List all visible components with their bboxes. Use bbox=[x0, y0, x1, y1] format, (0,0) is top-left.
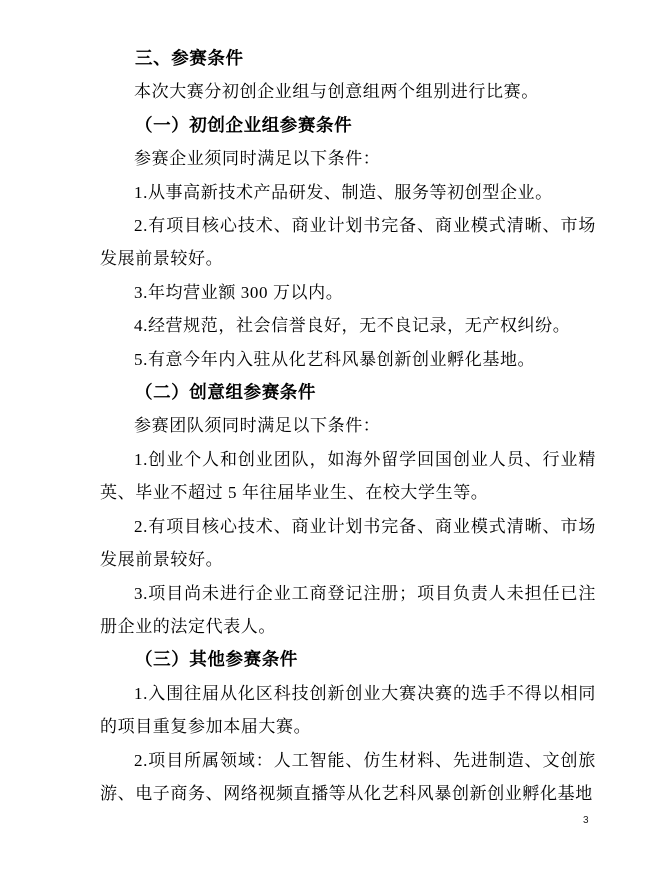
paragraph: 3.年均营业额 300 万以内。 bbox=[100, 276, 596, 309]
paragraph: 本次大赛分初创企业组与创意组两个组别进行比赛。 bbox=[100, 75, 596, 108]
paragraph: 2.项目所属领域：人工智能、仿生材料、先进制造、文创旅游、电子商务、网络视频直播… bbox=[100, 744, 596, 811]
document-body: 三、参赛条件本次大赛分初创企业组与创意组两个组别进行比赛。（一）初创企业组参赛条… bbox=[100, 42, 596, 810]
paragraph: 2.有项目核心技术、商业计划书完备、商业模式清晰、市场发展前景较好。 bbox=[100, 209, 596, 276]
section-heading: （一）初创企业组参赛条件 bbox=[100, 109, 596, 142]
paragraph: 1.入围往届从化区科技创新创业大赛决赛的选手不得以相同的项目重复参加本届大赛。 bbox=[100, 677, 596, 744]
section-heading: 三、参赛条件 bbox=[100, 42, 596, 75]
section-heading: （二）创意组参赛条件 bbox=[100, 376, 596, 409]
document-page: 三、参赛条件本次大赛分初创企业组与创意组两个组别进行比赛。（一）初创企业组参赛条… bbox=[0, 0, 652, 875]
paragraph: 参赛团队须同时满足以下条件： bbox=[100, 409, 596, 442]
page-number: 3 bbox=[583, 814, 589, 828]
paragraph: 1.创业个人和创业团队，如海外留学回国创业人员、行业精英、毕业不超过 5 年往届… bbox=[100, 443, 596, 510]
section-heading: （三）其他参赛条件 bbox=[100, 643, 596, 676]
paragraph: 4.经营规范，社会信誉良好，无不良记录，无产权纠纷。 bbox=[100, 309, 596, 342]
paragraph: 参赛企业须同时满足以下条件： bbox=[100, 142, 596, 175]
paragraph: 3.项目尚未进行企业工商登记注册；项目负责人未担任已注册企业的法定代表人。 bbox=[100, 577, 596, 644]
paragraph: 1.从事高新技术产品研发、制造、服务等初创型企业。 bbox=[100, 176, 596, 209]
paragraph: 2.有项目核心技术、商业计划书完备、商业模式清晰、市场发展前景较好。 bbox=[100, 510, 596, 577]
paragraph: 5.有意今年内入驻从化艺科风暴创新创业孵化基地。 bbox=[100, 343, 596, 376]
